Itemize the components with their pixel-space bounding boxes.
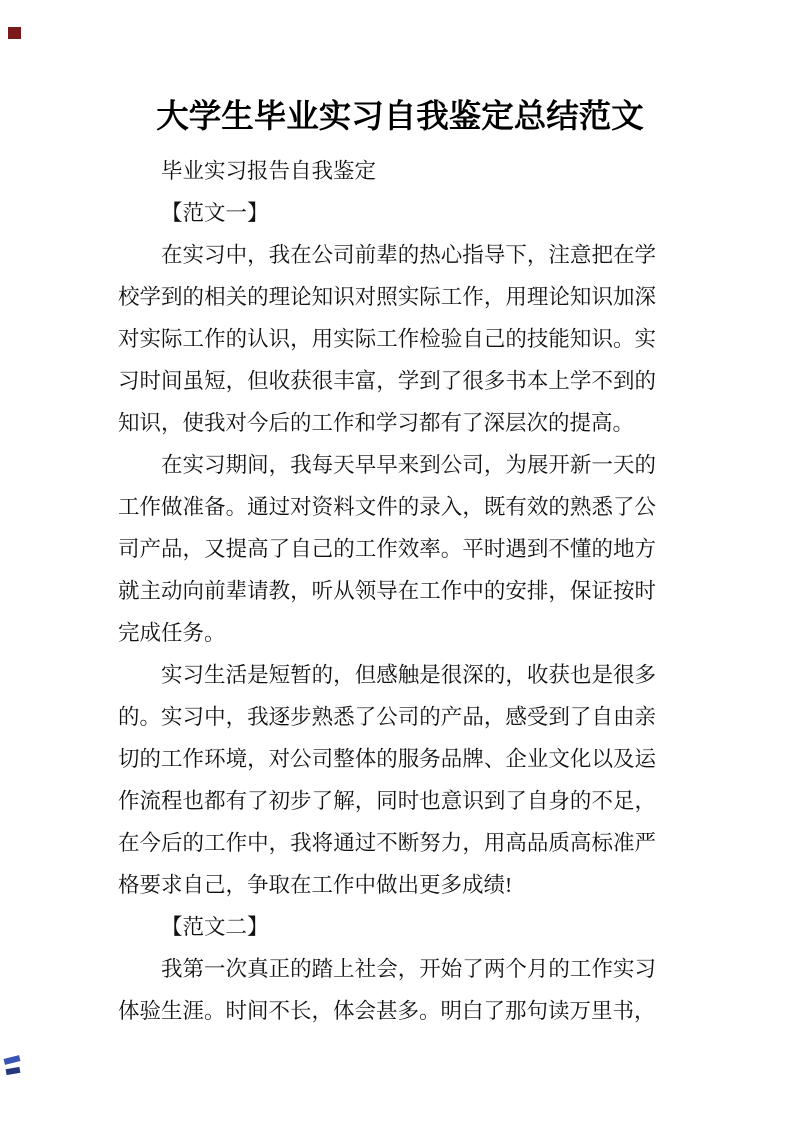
paragraph-sample1-2: 在实习期间，我每天早早来到公司，为展开新一天的工作做准备。通过对资料文件的录入，… xyxy=(118,444,656,654)
document-page: 大学生毕业实习自我鉴定总结范文 毕业实习报告自我鉴定 【范文一】 在实习中，我在… xyxy=(0,0,800,1132)
section-heading-sample-1: 【范文一】 xyxy=(118,192,656,234)
document-title: 大学生毕业实习自我鉴定总结范文 xyxy=(0,95,800,139)
scan-artifact-blue-stroke xyxy=(6,1067,21,1075)
section-heading-sample-2: 【范文二】 xyxy=(118,906,656,948)
paragraph-sample1-3: 实习生活是短暂的，但感触是很深的，收获也是很多的。实习中，我逐步熟悉了公司的产品… xyxy=(118,654,656,906)
scan-artifact-red-mark xyxy=(8,27,21,39)
paragraph-sample2-1: 我第一次真正的踏上社会，开始了两个月的工作实习体验生涯。时间不长，体会甚多。明白… xyxy=(118,948,656,1032)
scan-artifact-blue-stroke xyxy=(4,1055,21,1065)
scan-artifact-blue-mark xyxy=(4,1056,24,1078)
document-subtitle: 毕业实习报告自我鉴定 xyxy=(118,150,656,192)
document-body: 毕业实习报告自我鉴定 【范文一】 在实习中，我在公司前辈的热心指导下，注意把在学… xyxy=(118,150,656,1032)
paragraph-sample1-1: 在实习中，我在公司前辈的热心指导下，注意把在学校学到的相关的理论知识对照实际工作… xyxy=(118,234,656,444)
